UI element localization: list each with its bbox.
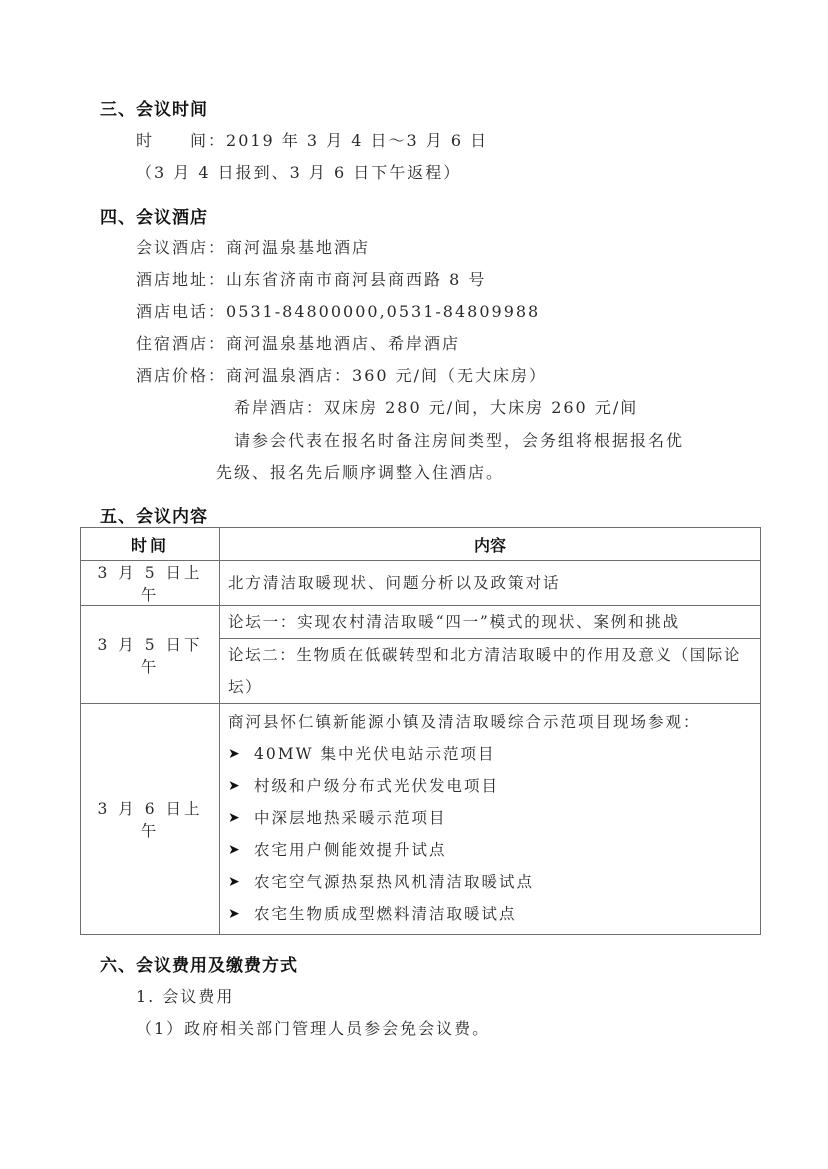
hotel-info-row: 酒店电话：0531-84800000,0531-84809988 [136, 299, 540, 322]
hotel-info-value: 商河温泉基地酒店 [226, 238, 370, 257]
table-row: 3 月 5 日上午 北方清洁取暖现状、问题分析以及政策对话 [81, 561, 761, 606]
hotel-info-value: 山东省济南市商河县商西路 8 号 [226, 270, 486, 289]
hotel-info-value: 商河温泉酒店：360 元/间（无大床房） [226, 366, 547, 385]
meeting-time-note: （3 月 4 日报到、3 月 6 日下午返程） [136, 160, 461, 183]
list-item: ➤村级和户级分布式光伏发电项目 [228, 770, 752, 802]
fees-subheading: 1. 会议费用 [136, 984, 234, 1007]
arrow-bullet-icon: ➤ [228, 866, 254, 898]
arrow-bullet-icon: ➤ [228, 802, 254, 834]
list-item: ➤中深层地热采暖示范项目 [228, 802, 752, 834]
hotel-note-line-1: 请参会代表在报名时备注房间类型，会务组将根据报名优 [234, 428, 684, 451]
list-item: ➤农宅用户侧能效提升试点 [228, 834, 752, 866]
list-item-text: 村级和户级分布式光伏发电项目 [254, 770, 499, 802]
hotel-info-row: 酒店地址：山东省济南市商河县商西路 8 号 [136, 267, 486, 290]
hotel-info-label: 会议酒店： [136, 238, 226, 257]
hotel-info-label: 住宿酒店： [136, 334, 226, 353]
hotel-info-row: 会议酒店：商河温泉基地酒店 [136, 235, 370, 258]
list-item: ➤40MW 集中光伏电站示范项目 [228, 738, 752, 770]
hotel-info-row: 酒店价格：商河温泉酒店：360 元/间（无大床房） [136, 363, 547, 386]
meeting-time-value: 2019 年 3 月 4 日～3 月 6 日 [226, 131, 488, 150]
hotel-info-label: 酒店价格： [136, 366, 226, 385]
arrow-bullet-icon: ➤ [228, 898, 254, 930]
hotel-info-row: 住宿酒店：商河温泉基地酒店、希岸酒店 [136, 331, 460, 354]
fees-item-1: （1）政府相关部门管理人员参会免会议费。 [136, 1016, 490, 1039]
hotel-price-line-2: 希岸酒店：双床房 280 元/间，大床房 260 元/间 [234, 395, 638, 418]
hotel-info-value: 0531-84800000,0531-84809988 [226, 302, 540, 321]
table-row: 3 月 5 日下午 论坛一：实现农村清洁取暖“四一”模式的现状、案例和挑战 [81, 606, 761, 639]
row-content: 论坛二：生物质在低碳转型和北方清洁取暖中的作用及意义（国际论坛） [220, 639, 761, 704]
section-heading-hotel: 四、会议酒店 [100, 203, 208, 228]
hotel-info-label: 酒店电话： [136, 302, 226, 321]
arrow-bullet-icon: ➤ [228, 834, 254, 866]
list-item-text: 40MW 集中光伏电站示范项目 [254, 738, 495, 770]
table-row: 3 月 6 日上午 商河县怀仁镇新能源小镇及清洁取暖综合示范项目现场参观： ➤4… [81, 704, 761, 935]
arrow-bullet-icon: ➤ [228, 770, 254, 802]
section-heading-fees: 六、会议费用及缴费方式 [100, 951, 298, 976]
section-heading-agenda: 五、会议内容 [100, 502, 208, 527]
list-item-text: 中深层地热采暖示范项目 [254, 802, 447, 834]
arrow-bullet-icon: ➤ [228, 738, 254, 770]
hotel-info-value: 商河温泉基地酒店、希岸酒店 [226, 334, 460, 353]
row-content: 商河县怀仁镇新能源小镇及清洁取暖综合示范项目现场参观： ➤40MW 集中光伏电站… [220, 704, 761, 935]
section-heading-meeting-time: 三、会议时间 [100, 95, 208, 120]
row-time: 3 月 5 日下午 [81, 606, 220, 704]
row-content: 北方清洁取暖现状、问题分析以及政策对话 [220, 561, 761, 606]
list-item: ➤农宅生物质成型燃料清洁取暖试点 [228, 898, 752, 930]
agenda-table: 时间 内容 3 月 5 日上午 北方清洁取暖现状、问题分析以及政策对话 3 月 … [80, 527, 761, 935]
row-time: 3 月 5 日上午 [81, 561, 220, 606]
meeting-time-label: 时 间： [136, 131, 226, 150]
list-item: ➤农宅空气源热泵热风机清洁取暖试点 [228, 866, 752, 898]
list-item-text: 农宅空气源热泵热风机清洁取暖试点 [254, 866, 534, 898]
hotel-note-line-2: 先级、报名先后顺序调整入住酒店。 [216, 460, 504, 483]
site-visit-intro: 商河县怀仁镇新能源小镇及清洁取暖综合示范项目现场参观： [228, 706, 752, 738]
list-item-text: 农宅生物质成型燃料清洁取暖试点 [254, 898, 517, 930]
hotel-info-label: 酒店地址： [136, 270, 226, 289]
list-item-text: 农宅用户侧能效提升试点 [254, 834, 447, 866]
meeting-time-line: 时 间：2019 年 3 月 4 日～3 月 6 日 [136, 128, 488, 151]
row-content: 论坛一：实现农村清洁取暖“四一”模式的现状、案例和挑战 [220, 606, 761, 639]
header-content: 内容 [220, 528, 761, 561]
row-time: 3 月 6 日上午 [81, 704, 220, 935]
table-header-row: 时间 内容 [81, 528, 761, 561]
header-time: 时间 [81, 528, 220, 561]
